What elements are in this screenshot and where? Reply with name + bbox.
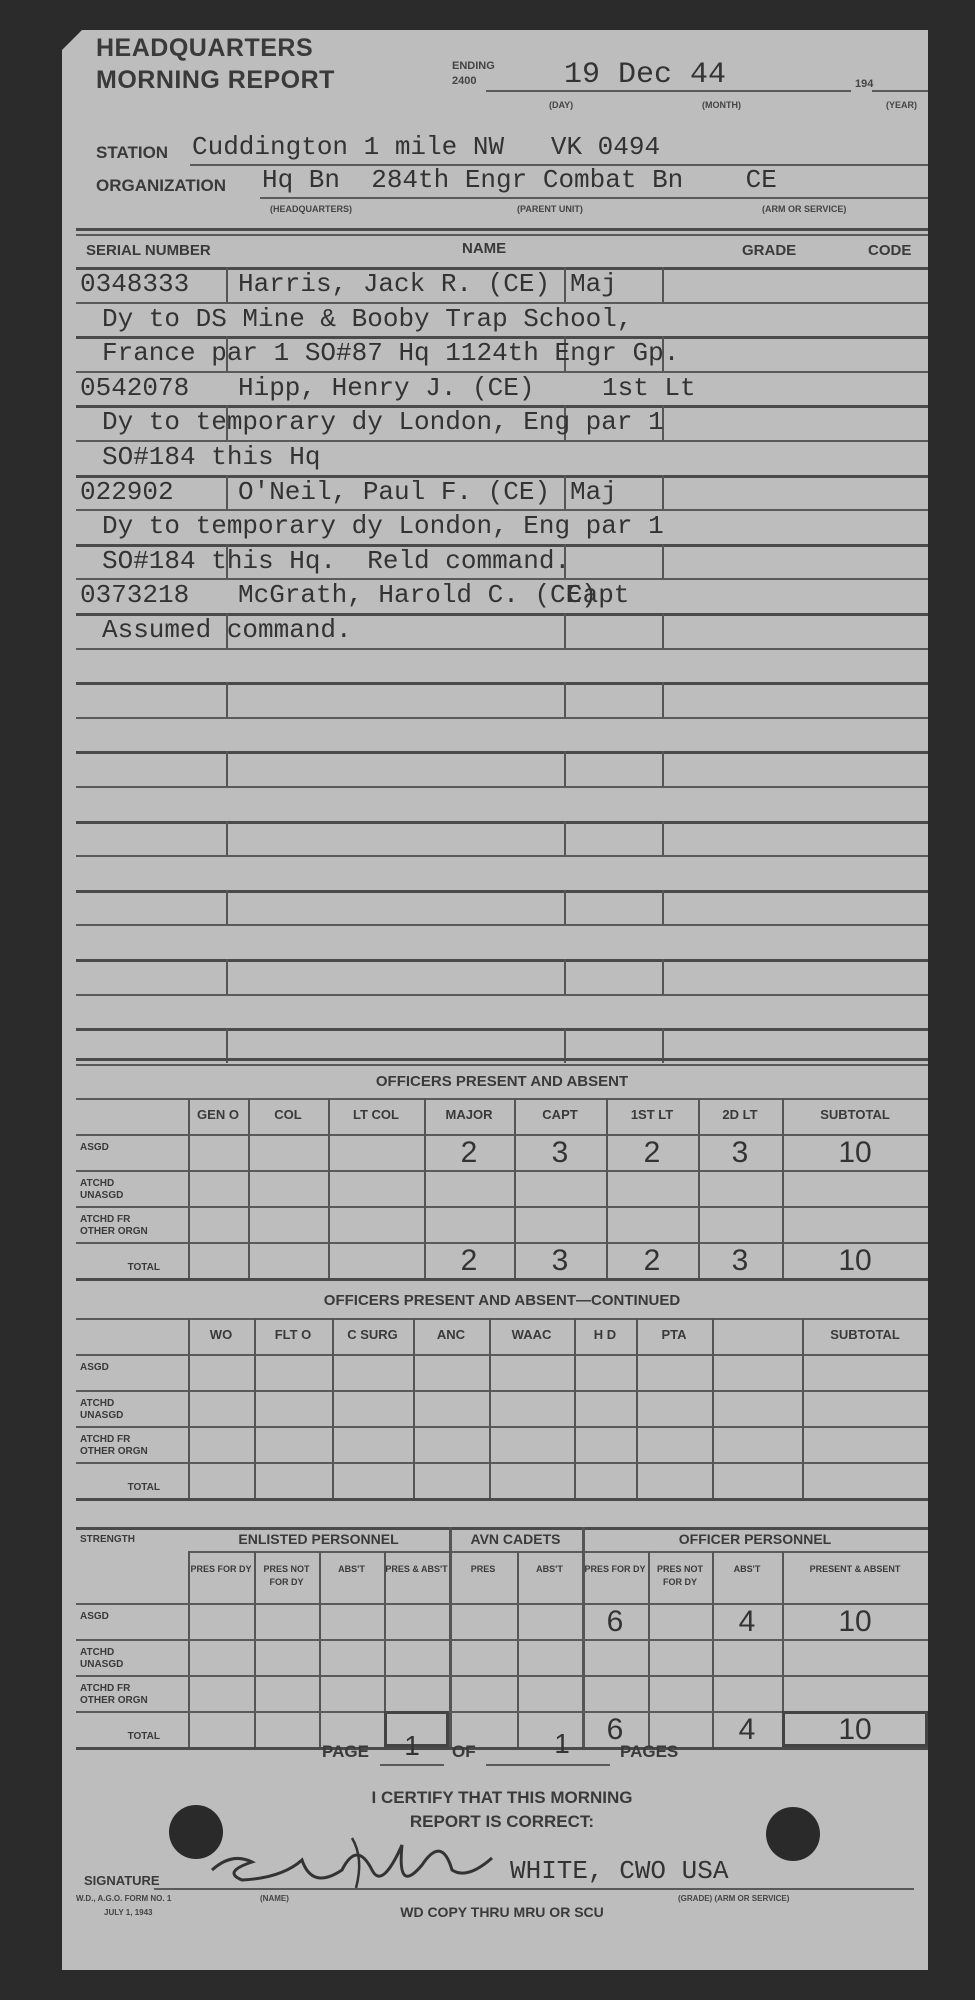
grid-column-divider xyxy=(319,1551,321,1747)
column-header: ABS'T xyxy=(319,1563,384,1576)
column-divider xyxy=(662,751,664,786)
grid-column-divider xyxy=(489,1318,491,1498)
year-prefix: 194 xyxy=(855,78,873,90)
hq-caption: (HEADQUARTERS) xyxy=(270,204,352,214)
header-bottom-rule xyxy=(76,1354,928,1356)
grid-row-rule xyxy=(76,1639,928,1641)
grid-row-rule xyxy=(76,1170,928,1172)
copy-note: WD COPY THRU MRU OR SCU xyxy=(76,1904,928,1920)
entries-bottom-rule-2 xyxy=(76,1064,928,1066)
serial-number: 022902 xyxy=(80,477,174,507)
row-rule xyxy=(76,821,928,824)
grid-column-divider xyxy=(332,1318,334,1498)
grid-top-rule xyxy=(76,1098,928,1100)
column-divider xyxy=(662,475,664,510)
day-caption: (DAY) xyxy=(549,100,573,110)
grid-column-divider xyxy=(712,1318,714,1498)
strength-bottom-rule xyxy=(76,1747,928,1750)
column-divider xyxy=(662,890,664,925)
form-number: W.D., A.G.O. FORM NO. 1 xyxy=(76,1894,171,1903)
arm-service-caption: (ARM OR SERVICE) xyxy=(762,204,846,214)
page-total-underline xyxy=(486,1764,610,1766)
grade: Maj xyxy=(570,269,617,299)
officer-name: Harris, Jack R. (CE) xyxy=(238,269,550,299)
column-divider xyxy=(564,959,566,994)
page-label: PAGE xyxy=(322,1742,369,1762)
row-rule xyxy=(76,717,928,719)
page-number: 1 xyxy=(392,1730,432,1762)
remark-line: Dy to DS Mine & Booby Trap School, xyxy=(102,304,633,334)
column-divider xyxy=(226,751,228,786)
column-divider xyxy=(226,821,228,856)
station-value: Cuddington 1 mile NW VK 0494 xyxy=(192,132,660,162)
row-rule xyxy=(76,890,928,893)
grade: Capt xyxy=(567,580,629,610)
column-header: PRES FOR DY xyxy=(582,1563,648,1576)
row-rule xyxy=(76,924,928,926)
cell-value: 3 xyxy=(698,1244,782,1278)
column-header: PRES FOR DY xyxy=(188,1563,254,1576)
column-header: SUBTOTAL xyxy=(802,1327,928,1342)
officers-continued-title: OFFICERS PRESENT AND ABSENT—CONTINUED xyxy=(76,1292,928,1309)
page-total: 1 xyxy=(542,1728,582,1760)
row-rule xyxy=(76,1028,928,1031)
cell-value: 2 xyxy=(606,1244,698,1278)
cell-value: 2 xyxy=(424,1244,514,1278)
officer-name: O'Neil, Paul F. (CE) xyxy=(238,477,550,507)
year-underline xyxy=(872,90,928,92)
column-header: WAAC xyxy=(489,1327,574,1342)
table-top-rule xyxy=(76,228,928,231)
grid-column-divider xyxy=(802,1318,804,1498)
strength-top-rule xyxy=(76,1527,928,1530)
serial-number: 0373218 xyxy=(80,580,189,610)
cadets-group-header: AVN CADETS xyxy=(449,1531,582,1547)
of-label: OF xyxy=(452,1742,476,1762)
row-label-total: TOTAL xyxy=(80,1482,160,1494)
table-top-rule-2 xyxy=(76,234,928,236)
row-rule xyxy=(76,855,928,857)
serial-number-header: SERIAL NUMBER xyxy=(86,242,211,259)
cell-value: 4 xyxy=(712,1605,782,1639)
column-header: ABS'T xyxy=(517,1563,582,1576)
remark-line: Dy to temporary dy London, Eng par 1 xyxy=(102,511,664,541)
column-header: PRES xyxy=(449,1563,517,1576)
column-header: SUBTOTAL xyxy=(782,1107,928,1122)
row-rule xyxy=(76,682,928,685)
row-label-total: TOTAL xyxy=(80,1262,160,1274)
name-caption: (NAME) xyxy=(260,1894,289,1903)
officer-name: McGrath, Harold C. (CE) xyxy=(238,580,597,610)
grid-column-divider xyxy=(636,1318,638,1498)
signature-typed-name: WHITE, CWO USA xyxy=(510,1856,728,1886)
officer-name: Hipp, Henry J. (CE) xyxy=(238,373,534,403)
column-divider xyxy=(564,890,566,925)
column-header: C SURG xyxy=(332,1327,413,1342)
grid-column-divider xyxy=(574,1318,576,1498)
row-label-atchd-fr-other-orgn: ATCHD FROTHER ORGN xyxy=(80,1214,160,1238)
ending-label: ENDING xyxy=(452,60,495,72)
column-header: PRES NOT FOR DY xyxy=(254,1563,319,1589)
serial-number: 0348333 xyxy=(80,269,189,299)
month-caption: (MONTH) xyxy=(702,100,741,110)
row-label-asgd: ASGD xyxy=(80,1611,160,1623)
column-divider xyxy=(226,959,228,994)
column-divider xyxy=(564,613,566,648)
column-header: MAJOR xyxy=(424,1107,514,1122)
grid-row-rule xyxy=(76,1675,928,1677)
grade-arm-caption: (GRADE) (ARM OR SERVICE) xyxy=(678,1894,789,1903)
column-header: WO xyxy=(188,1327,254,1342)
column-header: CAPT xyxy=(514,1107,606,1122)
row-label-atchd-unasgd: ATCHDUNASGD xyxy=(80,1178,160,1202)
serial-number: 0542078 xyxy=(80,373,189,403)
form-title-headquarters: HEADQUARTERS xyxy=(96,34,313,63)
row-label-asgd: ASGD xyxy=(80,1142,160,1154)
remark-line: Dy to temporary dy London, Eng par 1 xyxy=(102,407,664,437)
signature-line xyxy=(154,1888,914,1890)
officer-personnel-group-header: OFFICER PERSONNEL xyxy=(582,1531,928,1547)
column-divider xyxy=(564,751,566,786)
column-divider xyxy=(564,821,566,856)
grid-column-divider xyxy=(606,1098,608,1278)
row-label-atchd-fr-other-orgn: ATCHD FROTHER ORGN xyxy=(80,1434,160,1458)
column-divider xyxy=(226,475,228,510)
signature-label: SIGNATURE xyxy=(84,1873,160,1888)
cell-value: 10 xyxy=(782,1136,928,1170)
page-number-underline xyxy=(380,1764,444,1766)
row-label-asgd: ASGD xyxy=(80,1362,160,1374)
column-header: PTA xyxy=(636,1327,712,1342)
station-label: STATION xyxy=(96,143,168,163)
row-rule xyxy=(76,994,928,996)
date-underline xyxy=(486,90,851,92)
cell-value: 3 xyxy=(514,1136,606,1170)
column-divider xyxy=(564,475,566,510)
column-divider xyxy=(564,682,566,717)
grid-column-divider xyxy=(517,1551,519,1747)
remark-line: Assumed command. xyxy=(102,615,352,645)
organization-label: ORGANIZATION xyxy=(96,176,226,196)
cell-value: 10 xyxy=(782,1605,928,1639)
grid-column-divider xyxy=(514,1098,516,1278)
column-header: LT COL xyxy=(328,1107,424,1122)
grid-column-divider xyxy=(449,1551,451,1747)
boxed-total-officer xyxy=(782,1711,928,1747)
row-rule xyxy=(76,751,928,754)
cell-value: 10 xyxy=(782,1244,928,1278)
grid-column-divider xyxy=(782,1098,784,1278)
grid-bottom-rule xyxy=(76,1278,928,1281)
column-divider xyxy=(226,267,228,302)
column-divider xyxy=(662,267,664,302)
column-divider xyxy=(226,682,228,717)
grid-column-divider xyxy=(248,1098,250,1278)
row-rule xyxy=(76,959,928,962)
grid-column-divider xyxy=(413,1318,415,1498)
column-header: COL xyxy=(248,1107,328,1122)
row-label-atchd-fr-other-orgn: ATCHD FROTHER ORGN xyxy=(80,1683,160,1707)
organization-underline xyxy=(260,197,928,199)
officers-table-title: OFFICERS PRESENT AND ABSENT xyxy=(76,1073,928,1090)
punch-hole-right xyxy=(766,1807,820,1861)
grid-bottom-rule xyxy=(76,1498,928,1501)
column-divider xyxy=(662,821,664,856)
column-divider xyxy=(662,682,664,717)
grid-column-divider xyxy=(188,1098,190,1278)
column-header: PRES NOT FOR DY xyxy=(648,1563,712,1589)
cell-value: 4 xyxy=(712,1713,782,1747)
enlisted-group-header: ENLISTED PERSONNEL xyxy=(188,1531,449,1547)
report-date: 19 Dec 44 xyxy=(564,58,726,92)
grid-column-divider xyxy=(328,1098,330,1278)
name-header: NAME xyxy=(462,240,506,257)
column-divider xyxy=(662,544,664,579)
column-header: ANC xyxy=(413,1327,489,1342)
column-divider xyxy=(662,959,664,994)
column-header: FLT O xyxy=(254,1327,332,1342)
code-header: CODE xyxy=(868,242,911,259)
cell-value: 3 xyxy=(514,1244,606,1278)
column-divider xyxy=(226,890,228,925)
grid-column-divider xyxy=(424,1098,426,1278)
row-rule xyxy=(76,648,928,650)
column-header: PRES & ABS'T xyxy=(384,1563,449,1576)
column-header: GEN O xyxy=(188,1107,248,1122)
grid-row-rule xyxy=(76,1390,928,1392)
cell-value: 3 xyxy=(698,1136,782,1170)
row-label-total: TOTAL xyxy=(80,1731,160,1743)
morning-report-form: HEADQUARTERS MORNING REPORT ENDING 2400 … xyxy=(62,30,928,1970)
column-header: ABS'T xyxy=(712,1563,782,1576)
group-rule xyxy=(188,1551,928,1553)
cell-value: 6 xyxy=(582,1605,648,1639)
organization-value: Hq Bn 284th Engr Combat Bn CE xyxy=(262,165,777,195)
grade-header: GRADE xyxy=(742,242,796,259)
grid-column-divider xyxy=(188,1318,190,1498)
grid-column-divider xyxy=(254,1318,256,1498)
grid-column-divider xyxy=(698,1098,700,1278)
column-header: PRESENT & ABSENT xyxy=(782,1563,928,1576)
strength-corner-label: STRENGTH xyxy=(80,1534,135,1546)
remark-line: France par 1 SO#87 Hq 1124th Engr Gp. xyxy=(102,338,679,368)
pages-label: PAGES xyxy=(620,1742,678,1762)
cell-value: 2 xyxy=(606,1136,698,1170)
remark-line: SO#184 this Hq. Reld command. xyxy=(102,546,570,576)
ending-time-label: 2400 xyxy=(452,75,476,87)
row-label-atchd-unasgd: ATCHDUNASGD xyxy=(80,1647,160,1671)
grid-column-divider xyxy=(188,1551,190,1747)
certify-line-1: I CERTIFY THAT THIS MORNING xyxy=(76,1788,928,1808)
year-caption: (YEAR) xyxy=(886,100,917,110)
row-rule xyxy=(76,786,928,788)
grid-row-rule xyxy=(76,1206,928,1208)
form-title-morning-report: MORNING REPORT xyxy=(96,66,335,95)
column-divider xyxy=(662,613,664,648)
grade: Maj xyxy=(570,477,617,507)
column-header: 1ST LT xyxy=(606,1107,698,1122)
grid-top-rule xyxy=(76,1318,928,1320)
parent-unit-caption: (PARENT UNIT) xyxy=(517,204,583,214)
column-header: 2D LT xyxy=(698,1107,782,1122)
column-divider xyxy=(564,267,566,302)
grade: 1st Lt xyxy=(602,373,696,403)
remark-line: SO#184 this Hq xyxy=(102,442,320,472)
row-label-atchd-unasgd: ATCHDUNASGD xyxy=(80,1398,160,1422)
cell-value: 2 xyxy=(424,1136,514,1170)
right-border xyxy=(928,267,930,1058)
grid-row-rule xyxy=(76,1426,928,1428)
grid-row-rule xyxy=(76,1462,928,1464)
entries-bottom-rule xyxy=(76,1058,928,1061)
column-header: H D xyxy=(574,1327,636,1342)
